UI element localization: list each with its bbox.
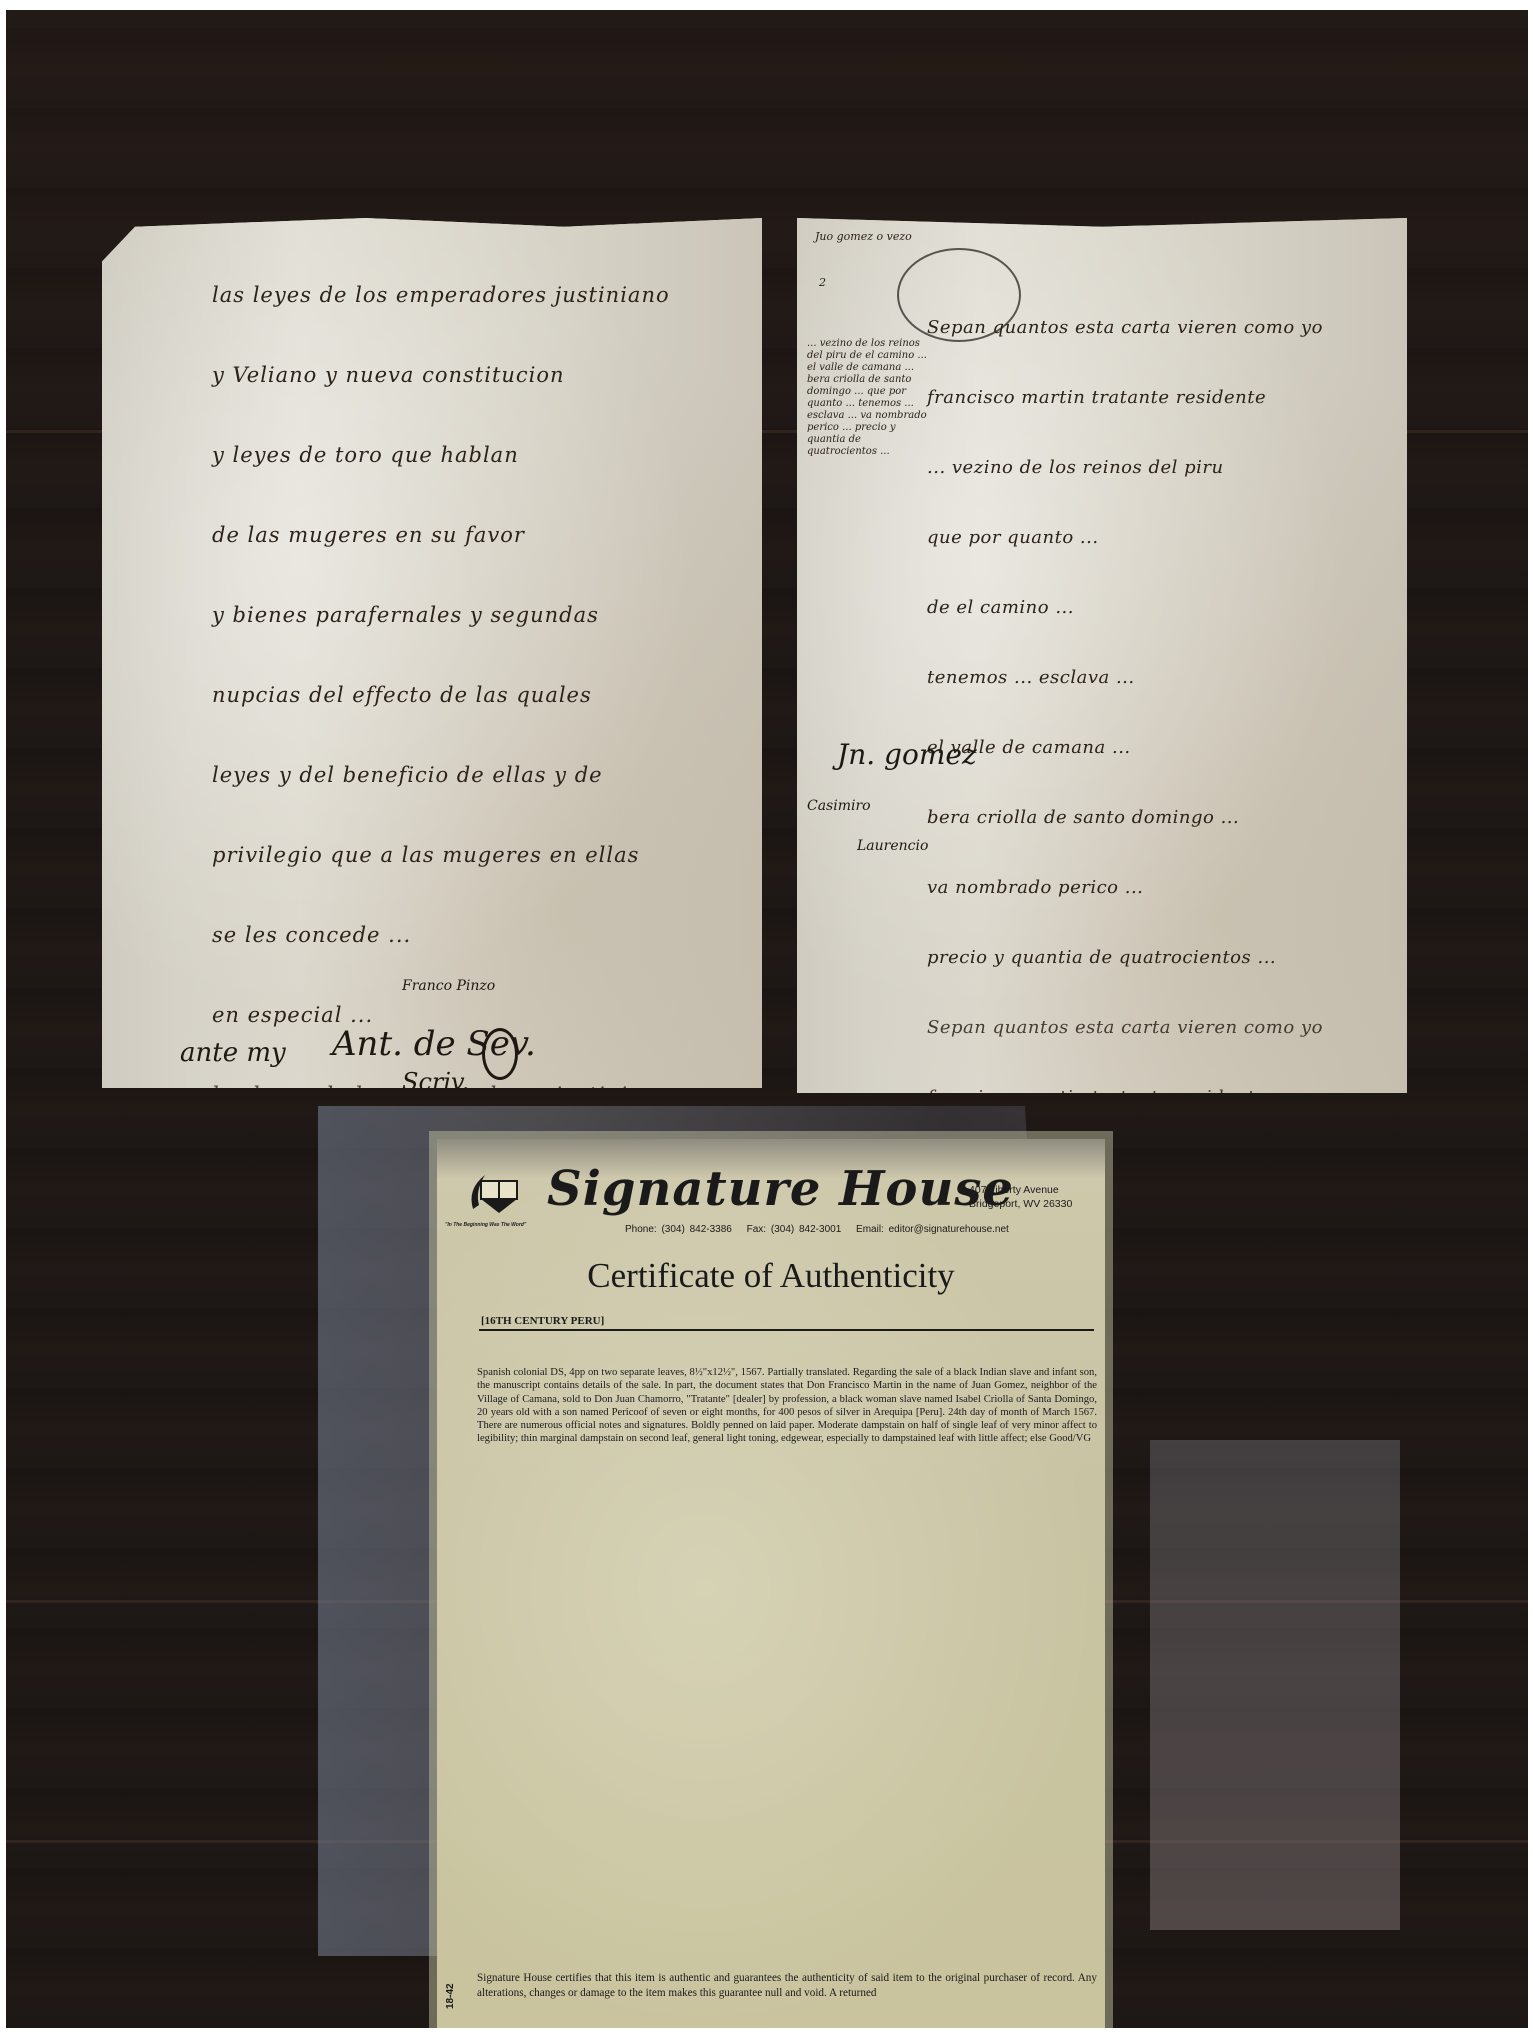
divider	[479, 1329, 1094, 1331]
certificate-of-authenticity: "In The Beginning Was The Word" Signatur…	[437, 1139, 1105, 2037]
manuscript-line: Sepan quantos esta carta vieren como yo	[927, 319, 1323, 353]
manuscript-line: privilegio que a las mugeres en ellas	[212, 845, 670, 883]
book-quill-logo-icon	[465, 1169, 525, 1213]
certificate-title: Certificate of Authenticity	[437, 1256, 1105, 1296]
signature-casimiro: Casimiro	[807, 798, 871, 814]
manuscript-line: las leyes de los emperadores justiniano	[212, 285, 670, 323]
logo-tagline: "In The Beginning Was The Word"	[445, 1222, 526, 1228]
page-number: 2	[819, 276, 826, 289]
manuscript-line: francisco martin tratante residente	[927, 389, 1323, 423]
manuscript-leaf-left: las leyes de los emperadores justiniano …	[102, 218, 762, 1088]
manuscript-line: se les concede ...	[212, 925, 670, 963]
manuscript-line: tenemos ... esclava ...	[927, 669, 1323, 703]
address-line: Bridgeport, WV 26330	[969, 1197, 1072, 1211]
address-line: 407 Liberty Avenue	[969, 1183, 1072, 1197]
scan-margin	[0, 2028, 1533, 2037]
manuscript-line: de las mugeres en su favor	[212, 525, 670, 563]
address: 407 Liberty Avenue Bridgeport, WV 26330	[969, 1183, 1072, 1211]
manuscript-line: va nombrado perico ...	[927, 879, 1323, 913]
manuscript-line: bera criolla de santo domingo ...	[927, 809, 1323, 843]
email-address: Email: editor@signaturehouse.net	[856, 1224, 1009, 1235]
corner-note: Juo gomez o vezo	[815, 230, 912, 243]
guarantee-statement: Signature House certifies that this item…	[477, 1971, 1097, 2001]
manuscript-line: leyes y del beneficio de ellas y de	[212, 765, 670, 803]
phone-number: Phone: (304) 842-3386	[625, 1224, 732, 1235]
signature-laurencio: Laurencio	[857, 838, 928, 854]
manuscript-line: y bienes parafernales y segundas	[212, 605, 670, 643]
manuscript-line: el valle de camana ...	[927, 739, 1323, 773]
manuscript-line: precio y quantia de quatrocientos ...	[927, 949, 1323, 983]
item-code: 18-42	[445, 1983, 456, 2009]
fax-number: Fax: (304) 842-3001	[747, 1224, 842, 1235]
manuscript-line: nupcias del effecto de las quales	[212, 685, 670, 723]
manuscript-leaf-right: Juo gomez o vezo 2 ... vezino de los rei…	[797, 218, 1407, 1093]
manuscript-line: de el camino ...	[927, 599, 1323, 633]
rubric-flourish-icon	[482, 1028, 518, 1080]
item-description: Spanish colonial DS, 4pp on two separate…	[477, 1366, 1097, 1446]
brand-name: Signature House	[547, 1161, 1014, 1217]
manuscript-line: y leyes de toro que hablan	[212, 445, 670, 483]
contact-line: Phone: (304) 842-3386 Fax: (304) 842-300…	[625, 1224, 1019, 1235]
notary-name: Franco Pinzo	[402, 978, 495, 994]
manuscript-line: que por quanto ...	[927, 529, 1323, 563]
signature-gomez: Jn. gomez	[837, 738, 977, 771]
signature-ante-my: ante my	[180, 1038, 286, 1068]
manuscript-line: y Veliano y nueva constitucion	[212, 365, 670, 403]
item-category: [16TH CENTURY PERU]	[481, 1315, 604, 1327]
manuscript-line: Sepan quantos esta carta vieren como yo	[927, 1019, 1323, 1053]
margin-notes: ... vezino de los reinos del piru de el …	[807, 338, 927, 458]
plastic-sleeve-reflection	[1150, 1440, 1400, 1930]
manuscript-line: ... vezino de los reinos del piru	[927, 459, 1323, 493]
